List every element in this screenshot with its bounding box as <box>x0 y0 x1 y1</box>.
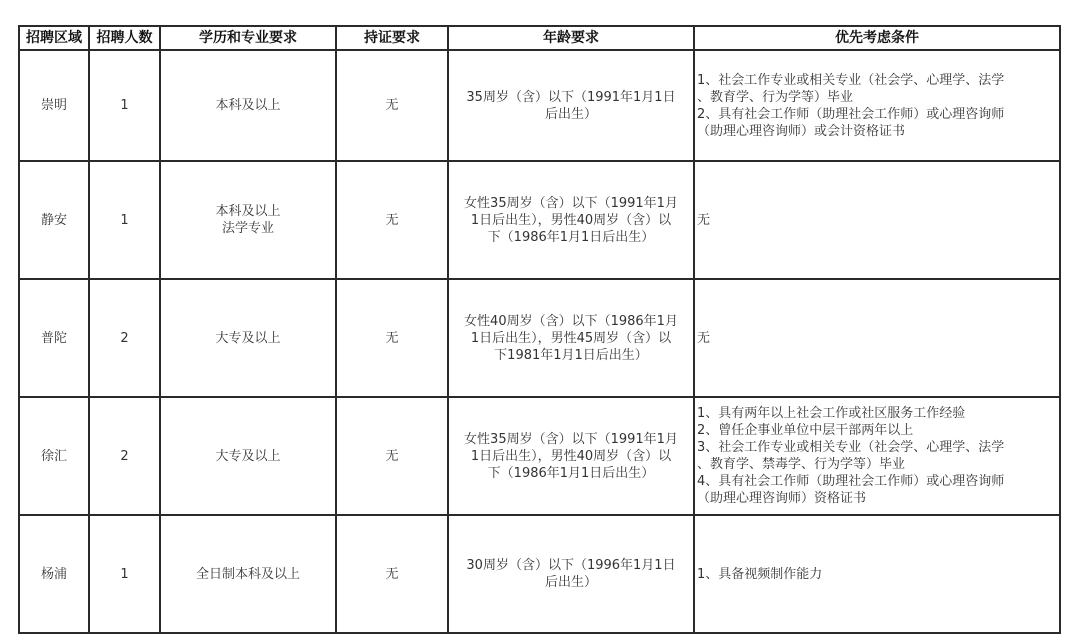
header-certificate: 持证要求 <box>336 26 448 50</box>
age-line: 35周岁（含）以下（1991年1月1日 <box>451 89 691 106</box>
cell-count: 2 <box>89 279 160 397</box>
priority-line: 、教育学、禁毒学、行为学等）毕业 <box>697 456 1057 473</box>
cell-priority: 1、具有两年以上社会工作或社区服务工作经验 2、曾任企事业单位中层干部两年以上 … <box>694 397 1060 515</box>
cell-age: 35周岁（含）以下（1991年1月1日 后出生） <box>448 50 694 161</box>
cell-certificate: 无 <box>336 279 448 397</box>
age-line: 下（1986年1月1日后出生） <box>451 229 691 246</box>
age-line: 女性35周岁（含）以下（1991年1月 <box>451 431 691 448</box>
age-line: 女性35周岁（含）以下（1991年1月 <box>451 195 691 212</box>
cell-district: 静安 <box>19 161 89 279</box>
cell-education: 本科及以上 法学专业 <box>160 161 336 279</box>
age-line: 后出生） <box>451 574 691 591</box>
priority-line: 2、曾任企事业单位中层干部两年以上 <box>697 422 1057 439</box>
cell-certificate: 无 <box>336 161 448 279</box>
age-line: 30周岁（含）以下（1996年1月1日 <box>451 557 691 574</box>
age-line: 1日后出生），男性40周岁（含）以 <box>451 212 691 229</box>
cell-age: 30周岁（含）以下（1996年1月1日 后出生） <box>448 515 694 633</box>
age-line: 1日后出生），男性40周岁（含）以 <box>451 448 691 465</box>
cell-district: 普陀 <box>19 279 89 397</box>
age-line: 下1981年1月1日后出生） <box>451 347 691 364</box>
priority-line: 2、具有社会工作师（助理社会工作师）或心理咨询师 <box>697 106 1057 123</box>
priority-line: （助理心理咨询师）资格证书 <box>697 490 1057 507</box>
age-line: 下（1986年1月1日后出生） <box>451 465 691 482</box>
age-line: 女性40周岁（含）以下（1986年1月 <box>451 313 691 330</box>
cell-education: 本科及以上 <box>160 50 336 161</box>
table-row: 普陀 2 大专及以上 无 女性40周岁（含）以下（1986年1月 1日后出生），… <box>19 279 1060 397</box>
header-count: 招聘人数 <box>89 26 160 50</box>
cell-district: 崇明 <box>19 50 89 161</box>
priority-line: 无 <box>697 330 1057 347</box>
priority-line: （助理心理咨询师）或会计资格证书 <box>697 123 1057 140</box>
priority-line: 1、具备视频制作能力 <box>697 566 1057 583</box>
cell-priority: 无 <box>694 279 1060 397</box>
header-age: 年龄要求 <box>448 26 694 50</box>
cell-count: 2 <box>89 397 160 515</box>
cell-count: 1 <box>89 161 160 279</box>
education-line: 大专及以上 <box>163 330 333 347</box>
cell-education: 全日制本科及以上 <box>160 515 336 633</box>
cell-age: 女性40周岁（含）以下（1986年1月 1日后出生），男性45周岁（含）以 下1… <box>448 279 694 397</box>
cell-certificate: 无 <box>336 515 448 633</box>
priority-line: 3、社会工作专业或相关专业（社会学、心理学、法学 <box>697 439 1057 456</box>
education-line: 法学专业 <box>163 220 333 237</box>
education-line: 全日制本科及以上 <box>163 566 333 583</box>
cell-priority: 1、具备视频制作能力 <box>694 515 1060 633</box>
cell-age: 女性35周岁（含）以下（1991年1月 1日后出生），男性40周岁（含）以 下（… <box>448 161 694 279</box>
cell-count: 1 <box>89 515 160 633</box>
header-district: 招聘区域 <box>19 26 89 50</box>
priority-line: 4、具有社会工作师（助理社会工作师）或心理咨询师 <box>697 473 1057 490</box>
table-header-row: 招聘区域 招聘人数 学历和专业要求 持证要求 年龄要求 优先考虑条件 <box>19 26 1060 50</box>
age-line: 1日后出生），男性45周岁（含）以 <box>451 330 691 347</box>
cell-education: 大专及以上 <box>160 279 336 397</box>
header-education: 学历和专业要求 <box>160 26 336 50</box>
cell-priority: 1、社会工作专业或相关专业（社会学、心理学、法学 、教育学、行为学等）毕业 2、… <box>694 50 1060 161</box>
recruitment-table: 招聘区域 招聘人数 学历和专业要求 持证要求 年龄要求 优先考虑条件 崇明 1 … <box>18 25 1061 634</box>
cell-district: 徐汇 <box>19 397 89 515</box>
cell-priority: 无 <box>694 161 1060 279</box>
priority-line: 1、社会工作专业或相关专业（社会学、心理学、法学 <box>697 72 1057 89</box>
priority-line: 无 <box>697 212 1057 229</box>
cell-education: 大专及以上 <box>160 397 336 515</box>
education-line: 本科及以上 <box>163 203 333 220</box>
age-line: 后出生） <box>451 106 691 123</box>
cell-certificate: 无 <box>336 397 448 515</box>
cell-certificate: 无 <box>336 50 448 161</box>
cell-count: 1 <box>89 50 160 161</box>
education-line: 大专及以上 <box>163 448 333 465</box>
table-row: 静安 1 本科及以上 法学专业 无 女性35周岁（含）以下（1991年1月 1日… <box>19 161 1060 279</box>
education-line: 本科及以上 <box>163 97 333 114</box>
priority-line: 1、具有两年以上社会工作或社区服务工作经验 <box>697 405 1057 422</box>
priority-line: 、教育学、行为学等）毕业 <box>697 89 1057 106</box>
cell-district: 杨浦 <box>19 515 89 633</box>
header-priority: 优先考虑条件 <box>694 26 1060 50</box>
table-row: 徐汇 2 大专及以上 无 女性35周岁（含）以下（1991年1月 1日后出生），… <box>19 397 1060 515</box>
table-row: 杨浦 1 全日制本科及以上 无 30周岁（含）以下（1996年1月1日 后出生）… <box>19 515 1060 633</box>
cell-age: 女性35周岁（含）以下（1991年1月 1日后出生），男性40周岁（含）以 下（… <box>448 397 694 515</box>
table-row: 崇明 1 本科及以上 无 35周岁（含）以下（1991年1月1日 后出生） 1、… <box>19 50 1060 161</box>
